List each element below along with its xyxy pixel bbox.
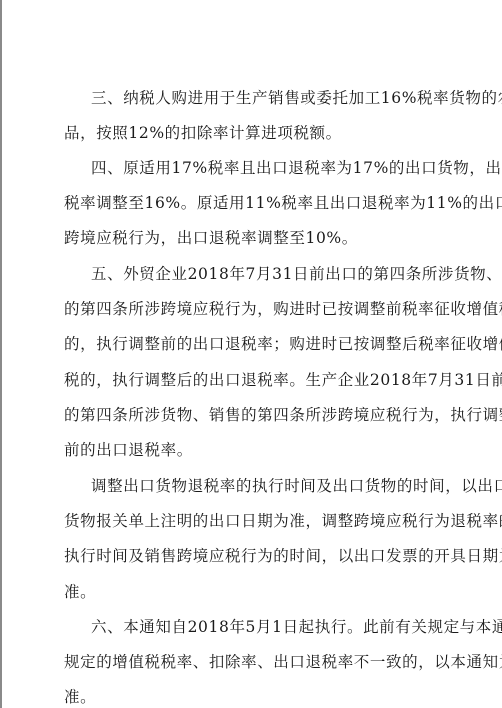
text-line: 执行时间及销售跨境应税行为的时间，以出口发票的开具日期为 <box>64 547 444 565</box>
text-line: 的第四条所涉货物、销售的第四条所涉跨境应税行为，执行调整 <box>64 406 444 424</box>
text-line: 调整出口货物退税率的执行时间及出口货物的时间，以出口 <box>91 477 444 495</box>
text-line: 跨境应税行为，出口退税率调整至10%。 <box>64 229 444 247</box>
text-line: 的，执行调整前的出口退税率；购进时已按调整后税率征收增值 <box>64 335 444 353</box>
text-line: 税率调整至16%。原适用11%税率且出口退税率为11%的出口货物、 <box>64 194 444 212</box>
document-page: 三、纳税人购进用于生产销售或委托加工16%税率货物的农产 品，按照12%的扣除率… <box>0 0 502 708</box>
text-line: 三、纳税人购进用于生产销售或委托加工16%税率货物的农产 <box>91 89 444 107</box>
text-line: 前的出口退税率。 <box>64 441 444 459</box>
text-line: 五、外贸企业2018年7月31日前出口的第四条所涉货物、销售 <box>91 265 444 283</box>
text-line: 六、本通知自2018年5月1日起执行。此前有关规定与本通知 <box>91 618 444 636</box>
text-line: 准。 <box>64 583 444 601</box>
text-line: 准。 <box>64 688 444 706</box>
text-line: 的第四条所涉跨境应税行为，购进时已按调整前税率征收增值税 <box>64 300 444 318</box>
text-line: 品，按照12%的扣除率计算进项税额。 <box>64 124 444 142</box>
text-line: 规定的增值税税率、扣除率、出口退税率不一致的，以本通知为 <box>64 653 444 671</box>
text-line: 税的，执行调整后的出口退税率。生产企业2018年7月31日前出口 <box>64 371 444 389</box>
text-line: 四、原适用17%税率且出口退税率为17%的出口货物，出口退 <box>91 159 444 177</box>
text-line: 货物报关单上注明的出口日期为准，调整跨境应税行为退税率的 <box>64 512 444 530</box>
